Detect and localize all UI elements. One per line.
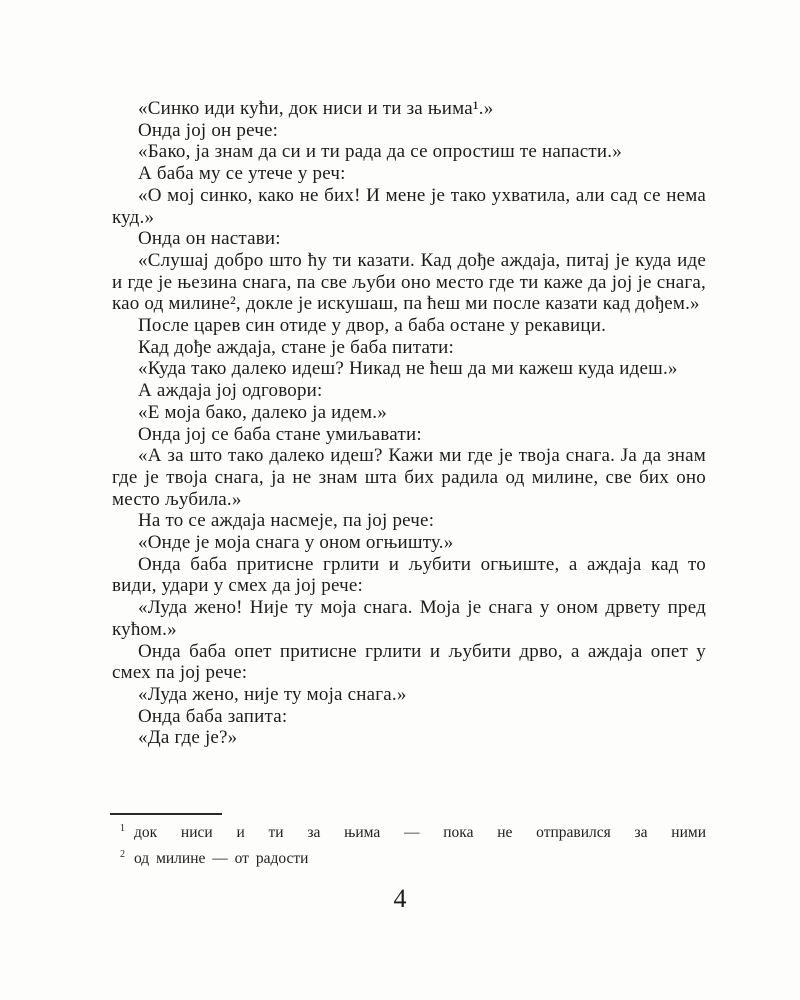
paragraph: «Е моја бако, далеко ја идем.» (112, 402, 706, 424)
paragraph: «А за што тако далеко идеш? Кажи ми где … (112, 445, 706, 510)
paragraph: Онда баба притисне грлити и љубити огњиш… (112, 554, 706, 597)
body-text: «Синко иди кући, док ниси и ти за њима¹.… (112, 98, 706, 749)
paragraph: «Куда тако далеко идеш? Никад не ћеш да … (112, 358, 706, 380)
paragraph: Онда баба опет притисне грлити и љубити … (112, 641, 706, 684)
footnotes: 1док ниси и ти за њима — пока не отправи… (112, 820, 706, 872)
paragraph: Онда баба запита: (112, 706, 706, 728)
page-number: 4 (0, 884, 800, 914)
footnote: 2од милине — от радости (112, 846, 706, 872)
paragraph: «Луда жено! Није ту моја снага. Моја је … (112, 597, 706, 640)
paragraph: «Бако, ја знам да си и ти рада да се опр… (112, 141, 706, 163)
paragraph: «Слушај добро што ћу ти казати. Кад дође… (112, 250, 706, 315)
paragraph: «Онде је моја снага у оном огњишту.» (112, 532, 706, 554)
paragraph: «О мој синко, како не бих! И мене је так… (112, 185, 706, 228)
paragraph: А аждаја јој одговори: (112, 380, 706, 402)
paragraph: «Луда жено, није ту моја снага.» (112, 684, 706, 706)
paragraph: Кад дође аждаја, стане је баба питати: (112, 337, 706, 359)
paragraph: Онда он настави: (112, 228, 706, 250)
paragraph: Онда јој се баба стане умиљавати: (112, 424, 706, 446)
footnote-marker: 1 (120, 823, 125, 834)
footnote: 1док ниси и ти за њима — пока не отправи… (112, 820, 706, 846)
footnote-text: док ниси и ти за њима — пока не отправил… (134, 824, 706, 841)
paragraph: Онда јој он рече: (112, 120, 706, 142)
paragraph: «Синко иди кући, док ниси и ти за њима¹.… (112, 98, 706, 120)
paragraph: После царев син отиде у двор, а баба ост… (112, 315, 706, 337)
paragraph: На то се аждаја насмеје, па јој рече: (112, 510, 706, 532)
paragraph: «Да где је?» (112, 727, 706, 749)
footnote-text: од милине — от радости (134, 850, 308, 867)
book-page: «Синко иди кући, док ниси и ти за њима¹.… (0, 0, 800, 1000)
footnote-separator-rule (110, 813, 222, 815)
footnote-marker: 2 (120, 849, 125, 860)
paragraph: А баба му се утече у реч: (112, 163, 706, 185)
